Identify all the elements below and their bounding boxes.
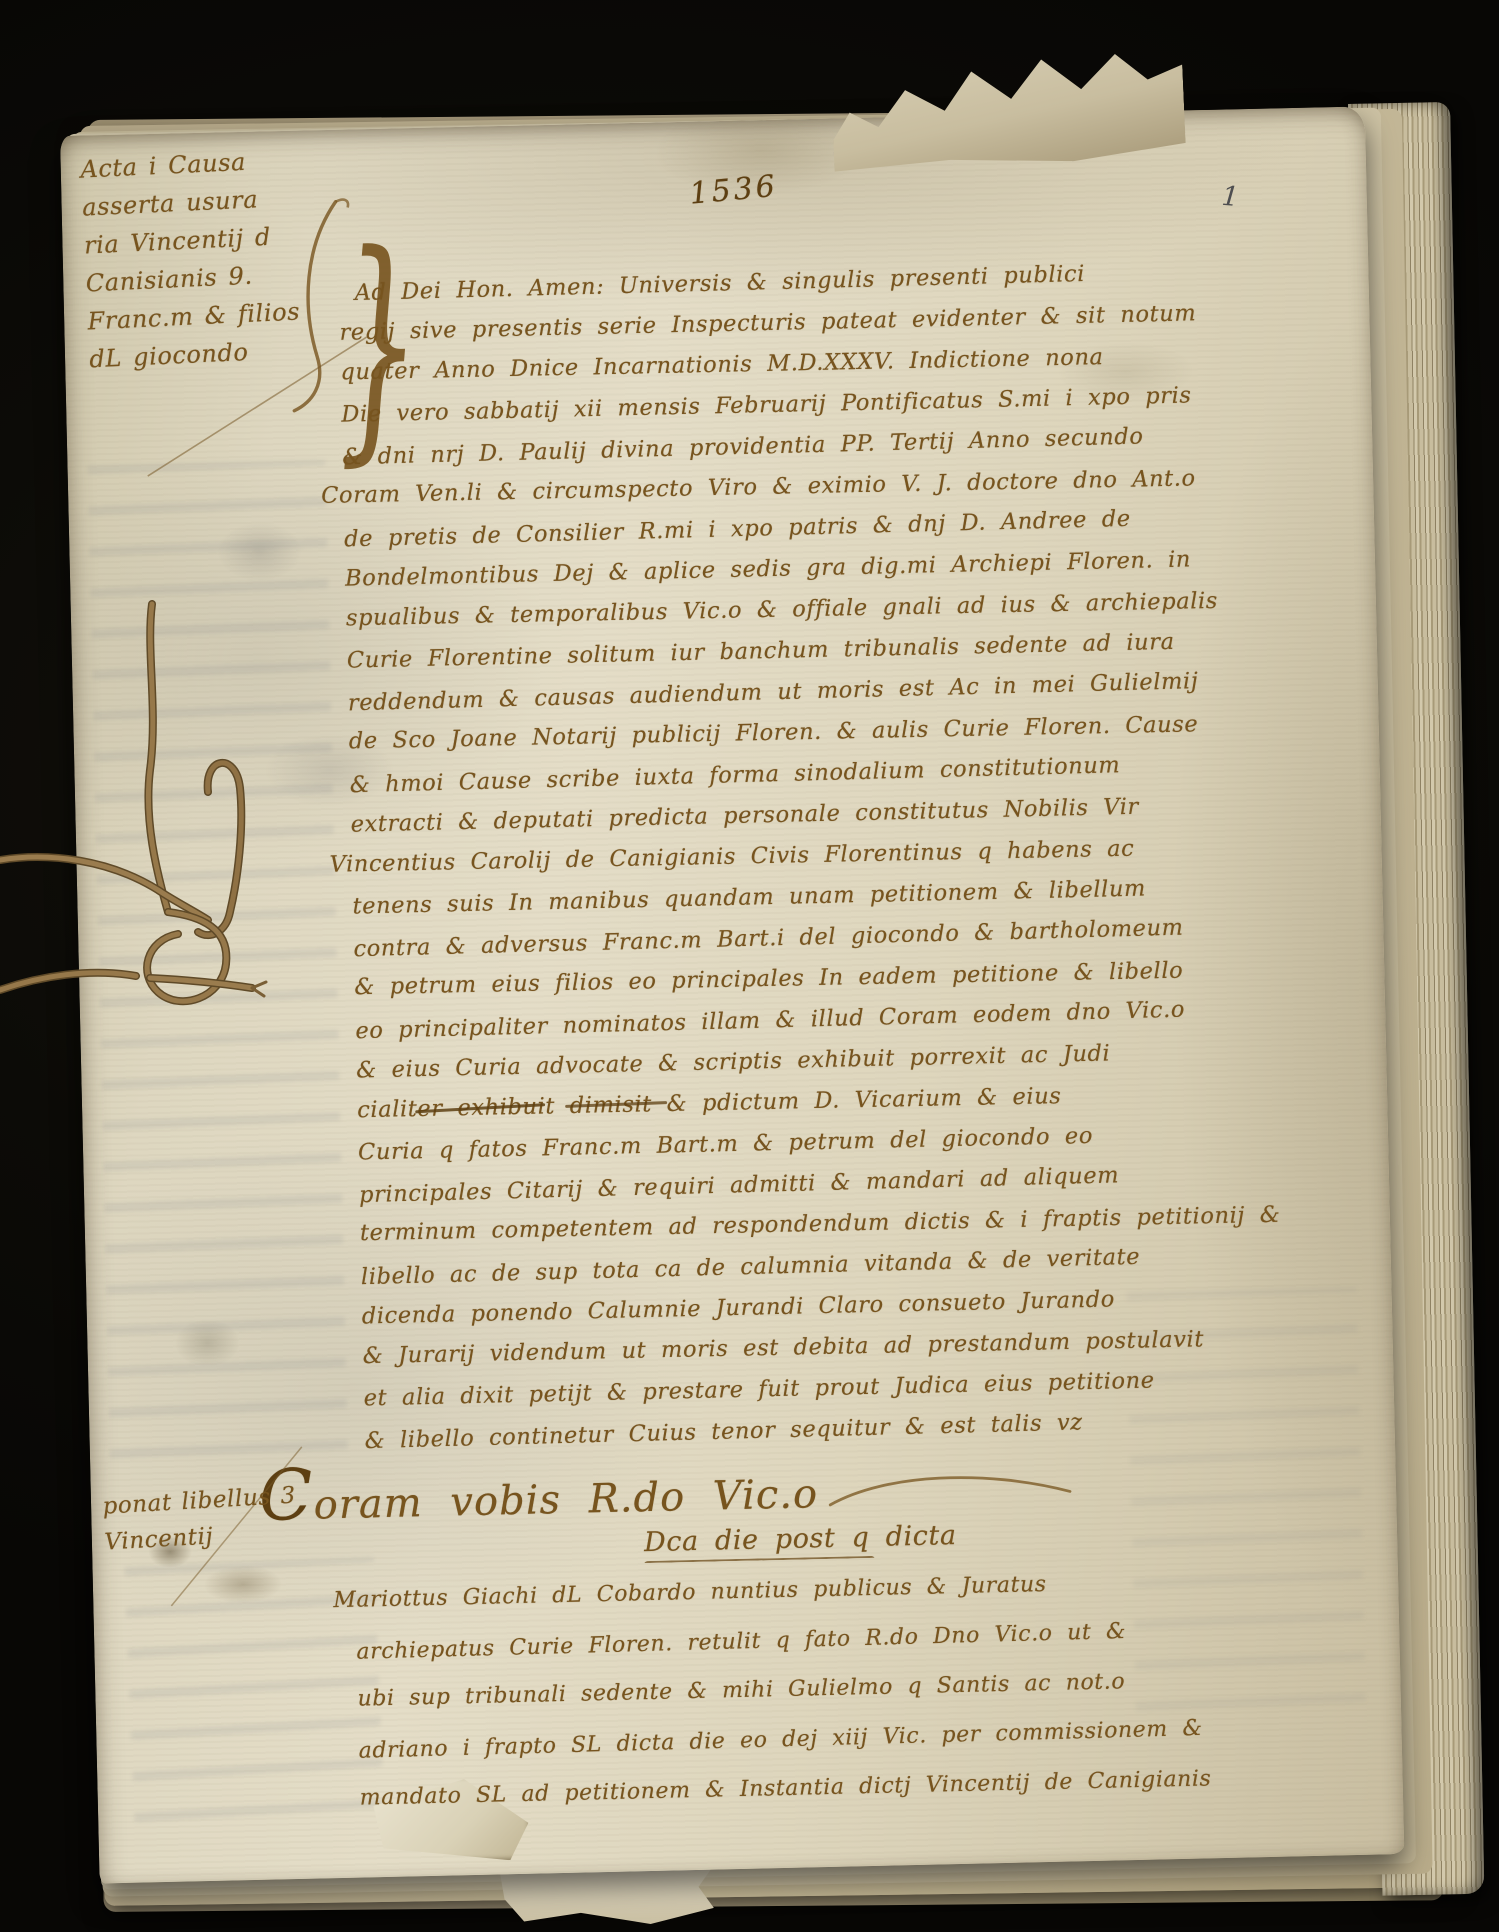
heading-coram: Coram vobis R.do Vic.o [258, 1457, 1076, 1530]
heading-text: Coram vobis R.do Vic.o [258, 1463, 818, 1530]
subheading-date: Dca die post q dicta [644, 1520, 957, 1563]
year-date: 1536 [688, 169, 779, 212]
case-title-margin-note: Acta i Causaasserta usuraria Vincentij d… [80, 139, 340, 379]
pen-flourish [825, 1465, 1076, 1517]
closing-paragraph: Mariottus Giachi dL Cobardo nuntius publ… [333, 1553, 1338, 1823]
manuscript-page: Acta i Causaasserta usuraria Vincentij d… [60, 106, 1404, 1883]
filing-margin-note: ponat libellus 3Vincentij [102, 1478, 296, 1561]
photo-backdrop: Acta i Causaasserta usuraria Vincentij d… [0, 0, 1499, 1932]
folio-number: 1 [1220, 181, 1240, 213]
body-text-block: Ad Dei Hon. Amen: Universis & singulis p… [338, 249, 1350, 1460]
bleed-through-text [87, 460, 348, 1465]
